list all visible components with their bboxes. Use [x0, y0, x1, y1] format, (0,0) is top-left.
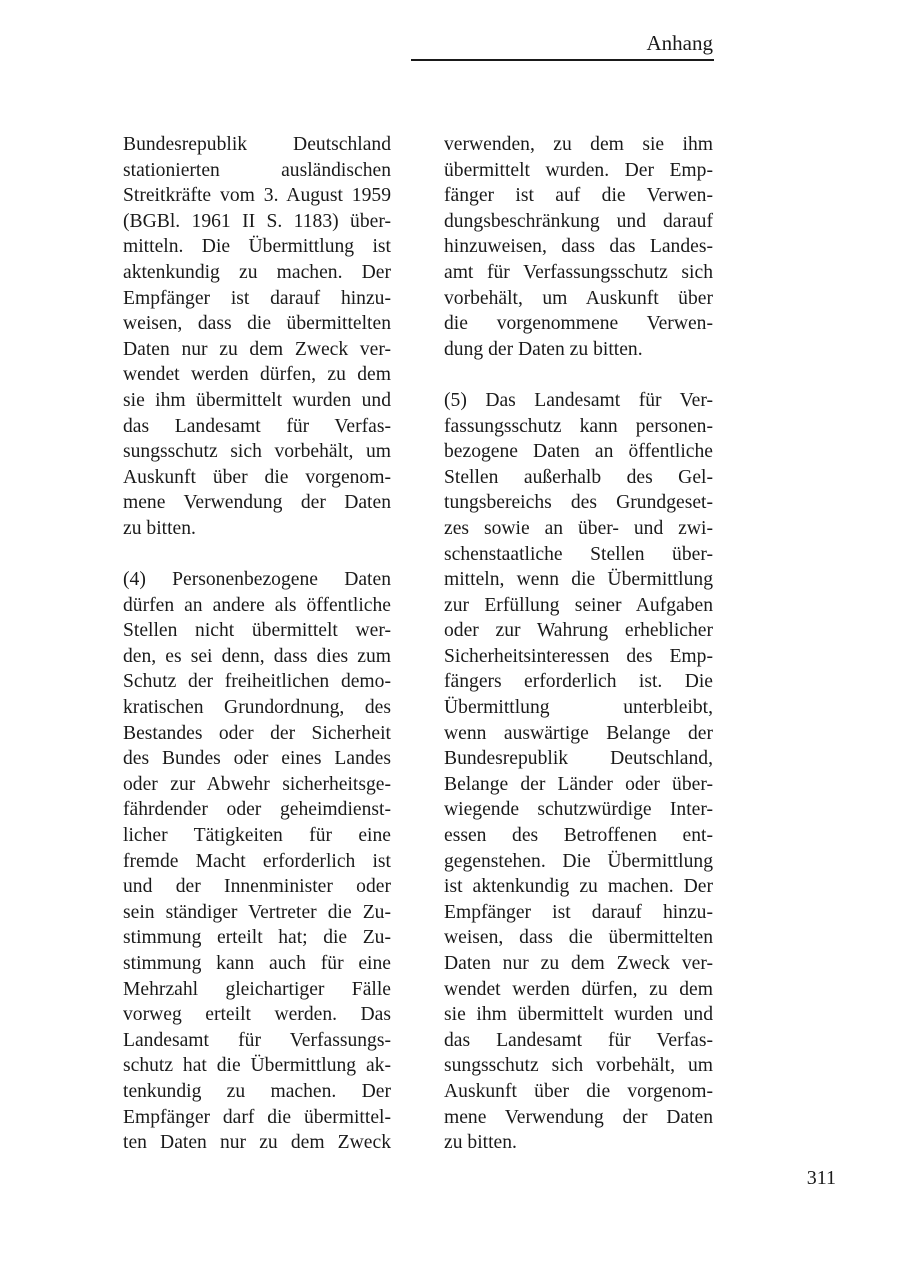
- text-line: vorweg erteilt werden. Das: [123, 1002, 391, 1028]
- text-line: das Landesamt für Verfas-: [123, 414, 391, 440]
- text-line: sein ständiger Vertreter die Zu-: [123, 900, 391, 926]
- paragraph-4-continued: verwenden, zu dem sie ihmübermittelt wur…: [444, 132, 713, 362]
- text-line: mene Verwendung der Daten: [123, 490, 391, 516]
- running-header: Anhang: [411, 30, 714, 61]
- text-line: ten Daten nur zu dem Zweck: [123, 1130, 391, 1156]
- text-line: Empfänger ist darauf hinzu-: [444, 900, 713, 926]
- text-line: wiegende schutzwürdige Inter-: [444, 797, 713, 823]
- text-line: Daten nur zu dem Zweck ver-: [444, 951, 713, 977]
- text-line: stimmung kann auch für eine: [123, 951, 391, 977]
- text-line: und der Innenminister oder: [123, 874, 391, 900]
- text-line: mitteln, wenn die Übermittlung: [444, 567, 713, 593]
- text-line: (4) Personenbezogene Daten: [123, 567, 391, 593]
- text-line: (5) Das Landesamt für Ver-: [444, 388, 713, 414]
- text-line: oder zur Abwehr sicherheitsge-: [123, 772, 391, 798]
- paragraph-gap: [444, 362, 713, 388]
- text-line: stationierten ausländischen: [123, 158, 391, 184]
- text-line: fremde Macht erforderlich ist: [123, 849, 391, 875]
- text-line: sungsschutz sich vorbehält, um: [444, 1053, 713, 1079]
- text-line: die vorgenommene Verwen-: [444, 311, 713, 337]
- text-line: gegenstehen. Die Übermittlung: [444, 849, 713, 875]
- paragraph-gap: [123, 542, 391, 568]
- text-line: fährdender oder geheimdienst-: [123, 797, 391, 823]
- text-line: schenstaatliche Stellen über-: [444, 542, 713, 568]
- text-line: dürfen an andere als öffentliche: [123, 593, 391, 619]
- text-line: Stellen nicht übermittelt wer-: [123, 618, 391, 644]
- text-line: den, es sei denn, dass dies zum: [123, 644, 391, 670]
- text-line: fassungsschutz kann personen-: [444, 414, 713, 440]
- text-line: fängers erforderlich ist. Die: [444, 669, 713, 695]
- text-line: weisen, dass die übermittelten: [444, 925, 713, 951]
- right-column: verwenden, zu dem sie ihmübermittelt wur…: [444, 132, 713, 1156]
- text-line: Auskunft über die vorgenom-: [444, 1079, 713, 1105]
- text-line: mitteln. Die Übermittlung ist: [123, 234, 391, 260]
- paragraph-continued: Bundesrepublik Deutschlandstationierten …: [123, 132, 391, 542]
- text-line: fänger ist auf die Verwen-: [444, 183, 713, 209]
- text-line: Übermittlung unterbleibt,: [444, 695, 713, 721]
- text-line: zu bitten.: [123, 516, 391, 542]
- text-line: Schutz der freiheitlichen demo-: [123, 669, 391, 695]
- paragraph-4: (4) Personenbezogene Datendürfen an ande…: [123, 567, 391, 1156]
- text-line: aktenkundig zu machen. Der: [123, 260, 391, 286]
- text-line: dung der Daten zu bitten.: [444, 337, 713, 363]
- text-line: vorbehält, um Auskunft über: [444, 286, 713, 312]
- text-line: tenkundig zu machen. Der: [123, 1079, 391, 1105]
- text-line: zu bitten.: [444, 1130, 713, 1156]
- text-line: Auskunft über die vorgenom-: [123, 465, 391, 491]
- text-line: licher Tätigkeiten für eine: [123, 823, 391, 849]
- text-line: mene Verwendung der Daten: [444, 1105, 713, 1131]
- text-line: weisen, dass die übermittelten: [123, 311, 391, 337]
- text-line: Streitkräfte vom 3. August 1959: [123, 183, 391, 209]
- text-line: Empfänger ist darauf hinzu-: [123, 286, 391, 312]
- text-line: Mehrzahl gleichartiger Fälle: [123, 977, 391, 1003]
- page-number: 311: [796, 1166, 836, 1190]
- text-line: ist aktenkundig zu machen. Der: [444, 874, 713, 900]
- text-line: zes sowie an über- und zwi-: [444, 516, 713, 542]
- text-line: sie ihm übermittelt wurden und: [444, 1002, 713, 1028]
- text-line: verwenden, zu dem sie ihm: [444, 132, 713, 158]
- text-line: Sicherheitsinteressen des Emp-: [444, 644, 713, 670]
- text-line: Belange der Länder oder über-: [444, 772, 713, 798]
- text-line: sie ihm übermittelt wurden und: [123, 388, 391, 414]
- text-line: tungsbereichs des Grundgeset-: [444, 490, 713, 516]
- text-line: zur Erfüllung seiner Aufgaben: [444, 593, 713, 619]
- text-line: sungsschutz sich vorbehält, um: [123, 439, 391, 465]
- text-line: amt für Verfassungsschutz sich: [444, 260, 713, 286]
- text-line: übermittelt wurden. Der Emp-: [444, 158, 713, 184]
- text-line: dungsbeschränkung und darauf: [444, 209, 713, 235]
- text-line: Empfänger darf die übermittel-: [123, 1105, 391, 1131]
- text-line: oder zur Wahrung erheblicher: [444, 618, 713, 644]
- text-line: wenn auswärtige Belange der: [444, 721, 713, 747]
- text-line: Landesamt für Verfassungs-: [123, 1028, 391, 1054]
- paragraph-5: (5) Das Landesamt für Ver-fassungsschutz…: [444, 388, 713, 1156]
- running-header-title: Anhang: [647, 30, 714, 56]
- text-line: hinzuweisen, dass das Landes-: [444, 234, 713, 260]
- left-column: Bundesrepublik Deutschlandstationierten …: [123, 132, 391, 1156]
- text-line: kratischen Grundordnung, des: [123, 695, 391, 721]
- text-line: Bestandes oder der Sicherheit: [123, 721, 391, 747]
- text-line: Daten nur zu dem Zweck ver-: [123, 337, 391, 363]
- text-line: Stellen außerhalb des Gel-: [444, 465, 713, 491]
- text-line: das Landesamt für Verfas-: [444, 1028, 713, 1054]
- text-line: schutz hat die Übermittlung ak-: [123, 1053, 391, 1079]
- text-line: (BGBl. 1961 II S. 1183) über-: [123, 209, 391, 235]
- text-line: des Bundes oder eines Landes: [123, 746, 391, 772]
- text-line: Bundesrepublik Deutschland,: [444, 746, 713, 772]
- text-line: Bundesrepublik Deutschland: [123, 132, 391, 158]
- text-line: essen des Betroffenen ent-: [444, 823, 713, 849]
- text-line: bezogene Daten an öffentliche: [444, 439, 713, 465]
- text-line: wendet werden dürfen, zu dem: [123, 362, 391, 388]
- text-line: stimmung erteilt hat; die Zu-: [123, 925, 391, 951]
- text-line: wendet werden dürfen, zu dem: [444, 977, 713, 1003]
